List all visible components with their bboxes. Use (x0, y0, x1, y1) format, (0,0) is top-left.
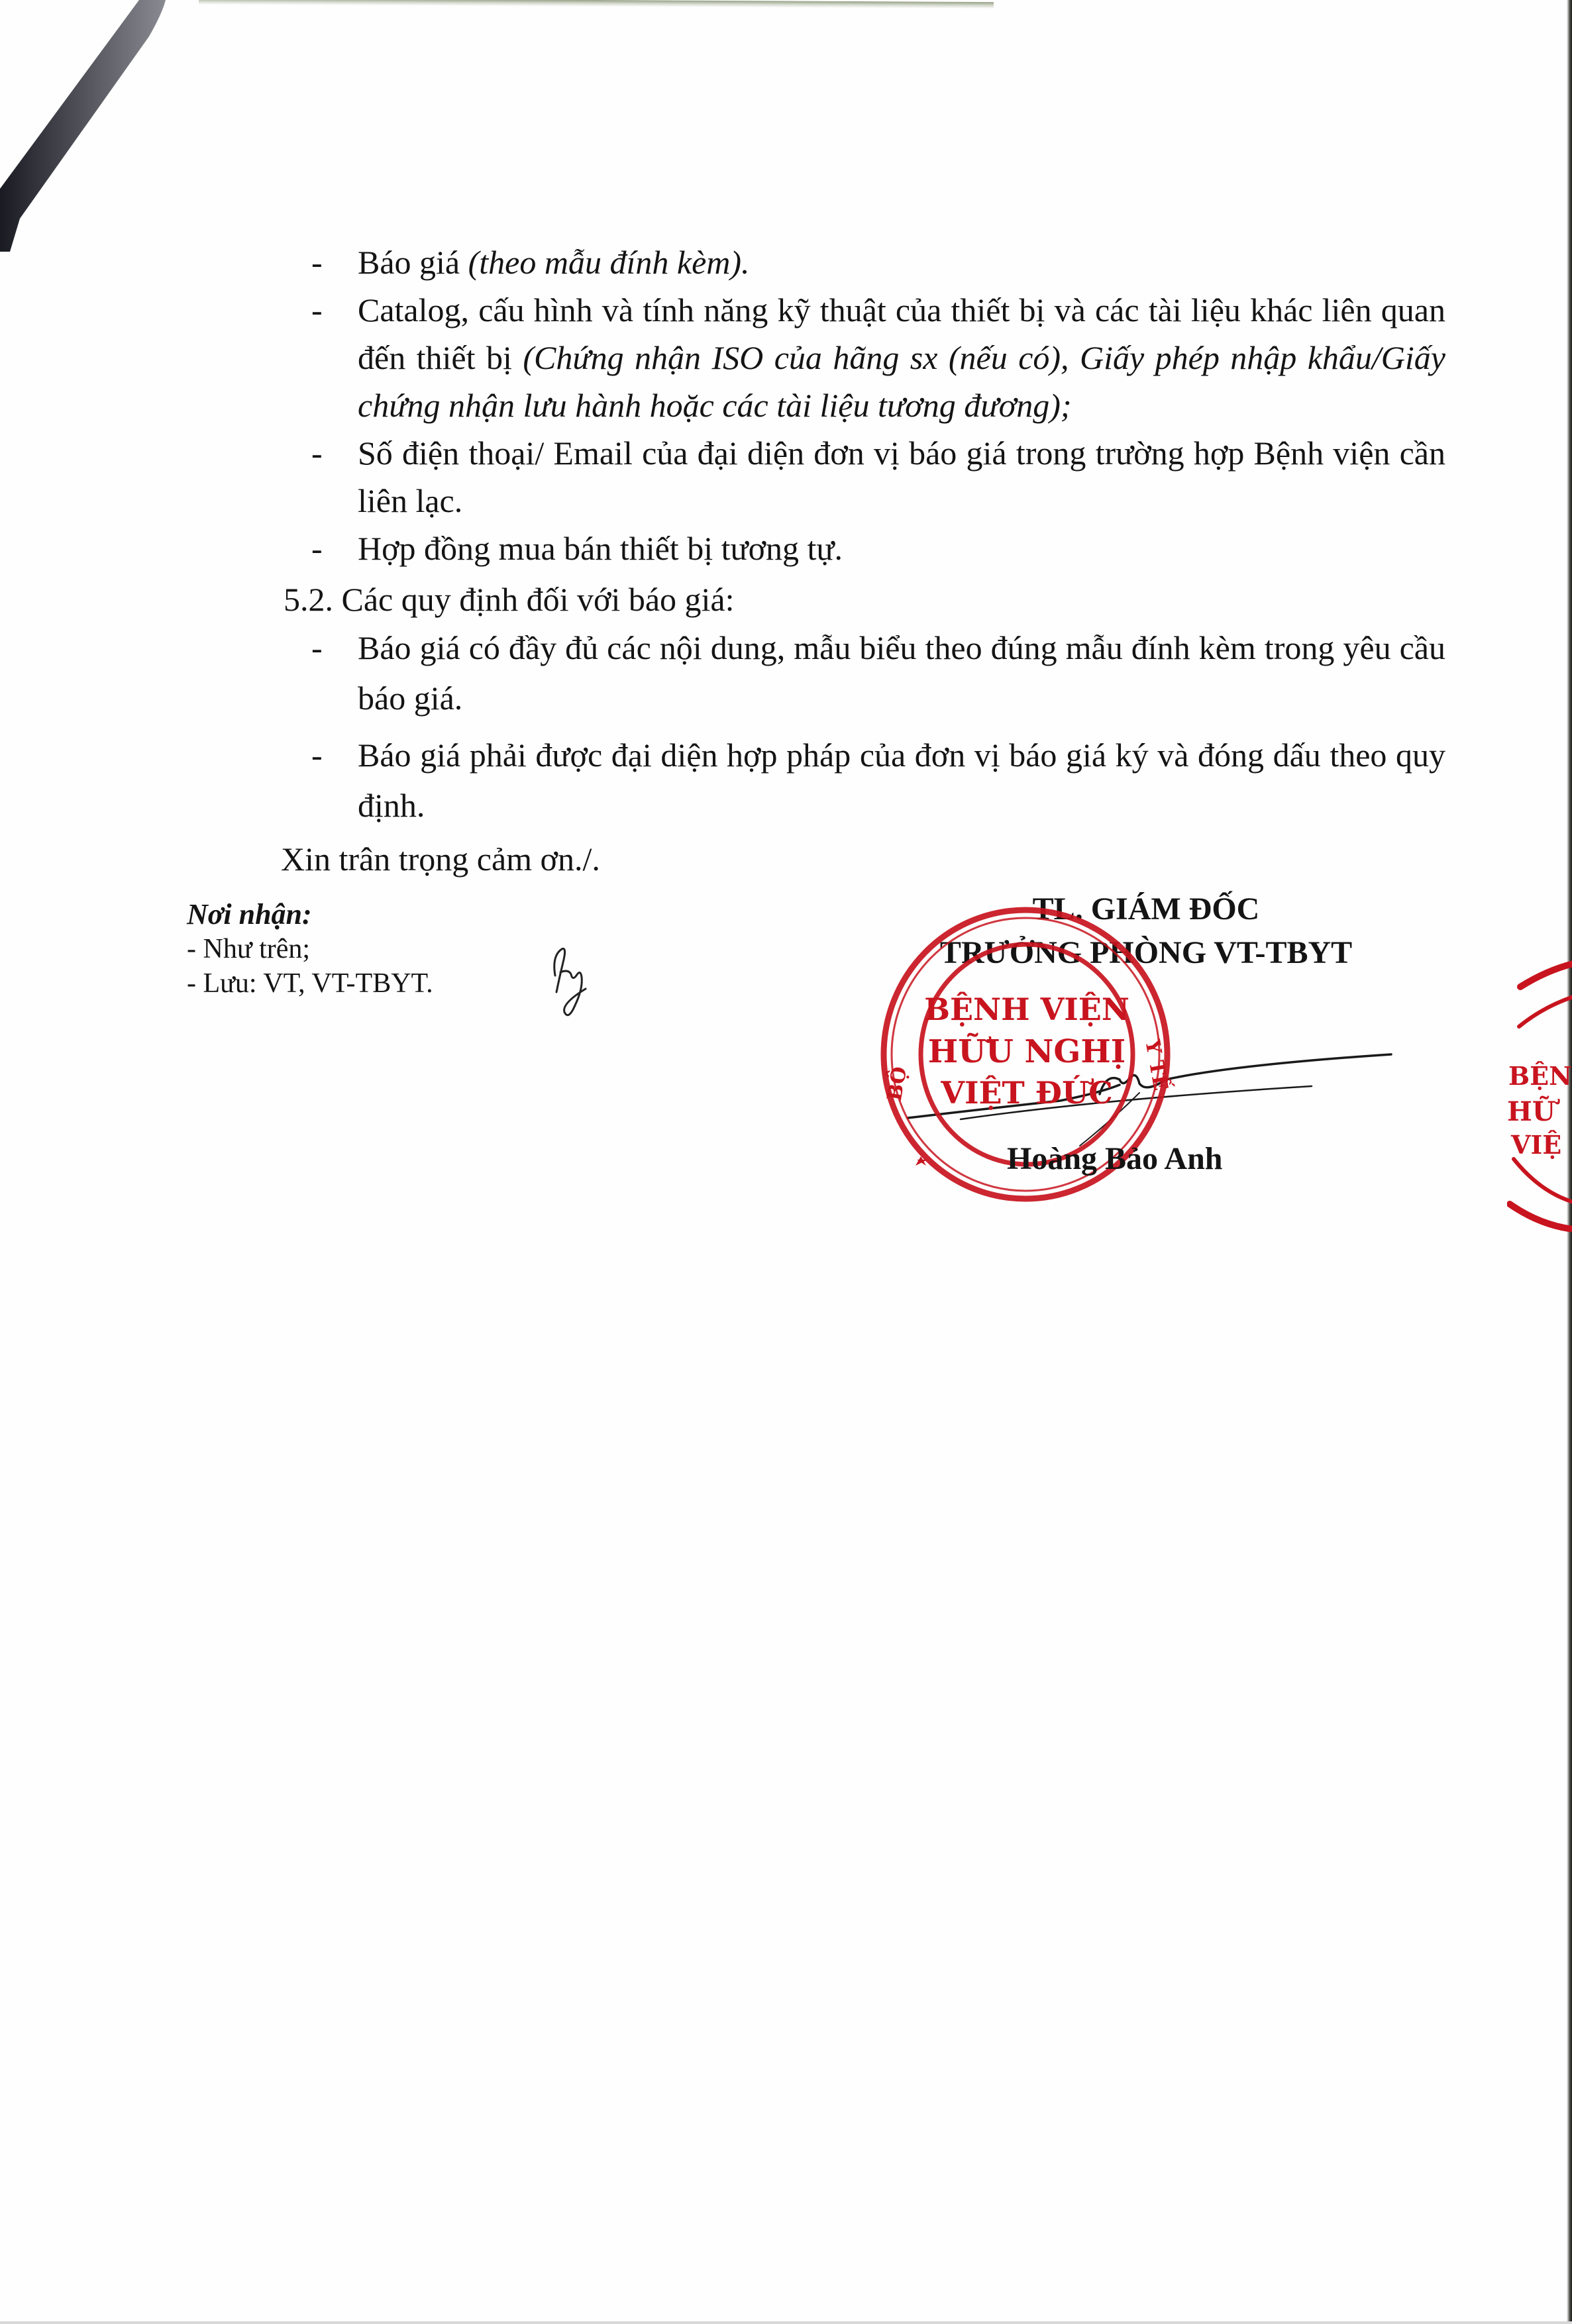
partial-stamp-line-3: VIỆ (1510, 1130, 1561, 1160)
scan-right-edge (1567, 0, 1572, 2324)
list-item-text: Số điện thoại/ Email của đại diện đơn vị… (358, 434, 1445, 519)
stamp-line-3: VIỆT ĐỨC (940, 1074, 1112, 1111)
bullet-dash: - (311, 429, 323, 477)
list-item: - Báo giá phải được đại diện hợp pháp củ… (311, 730, 1445, 831)
list-item: - Báo giá có đầy đủ các nội dung, mẫu bi… (311, 623, 1445, 723)
list-item-italic: (theo mẫu đính kèm). (468, 244, 750, 281)
scan-fold-shadow (0, 0, 397, 252)
recipients-title: Nơi nhận: (187, 897, 433, 932)
handwritten-signature-icon (901, 1046, 1404, 1152)
partial-seal-stamp: BỆN HỮ VIỆ (1507, 940, 1572, 1232)
list-item-text: Báo giá có đầy đủ các nội dung, mẫu biểu… (358, 629, 1445, 717)
signature-title-line1: TL. GIÁM ĐỐC (908, 887, 1385, 931)
list-item: - Catalog, cấu hình và tính năng kỹ thuậ… (311, 286, 1445, 429)
bullet-dash: - (311, 286, 323, 334)
recipient-item: - Như trên; (187, 932, 433, 966)
stamp-arc-left: BỘ (881, 1064, 912, 1102)
signature-block: TL. GIÁM ĐỐC TRƯỞNG PHÒNG VT-TBYT (908, 887, 1385, 975)
stamp-line-2: HỮU NGHỊ (928, 1032, 1126, 1070)
stamp-arc-right: Y TẾ (1140, 1037, 1175, 1093)
required-documents-list: - Báo giá (theo mẫu đính kèm). - Catalog… (311, 238, 1445, 572)
scan-bottom-edge (0, 2321, 1572, 2324)
list-item: - Số điện thoại/ Email của đại diện đơn … (311, 429, 1445, 525)
list-item-text: Báo giá phải được đại diện hợp pháp của … (358, 736, 1445, 824)
signature-title-line2: TRƯỞNG PHÒNG VT-TBYT (908, 931, 1385, 975)
bullet-dash: - (311, 730, 323, 780)
list-item: - Hợp đồng mua bán thiết bị tương tự. (311, 525, 1445, 572)
partial-stamp-line-1: BỆN (1508, 1061, 1572, 1091)
bullet-dash: - (311, 525, 323, 572)
list-item: - Báo giá (theo mẫu đính kèm). (311, 238, 1445, 286)
document-page: - Báo giá (theo mẫu đính kèm). - Catalog… (0, 0, 1572, 2324)
list-item-text: Báo giá (358, 244, 468, 281)
recipient-item: - Lưu: VT, VT-TBYT. (187, 966, 433, 1001)
quotation-rules-list: - Báo giá có đầy đủ các nội dung, mẫu bi… (311, 623, 1445, 837)
initials-signature-icon (549, 942, 588, 1022)
stamp-line-1: BỆNH VIỆN (924, 991, 1129, 1027)
bullet-dash: - (311, 623, 323, 673)
section-heading: 5.2. Các quy định đối với báo giá: (284, 576, 735, 623)
list-item-text: Hợp đồng mua bán thiết bị tương tự. (358, 530, 843, 567)
closing-line: Xin trân trọng cảm ơn./. (281, 836, 600, 882)
signer-name: Hoàng Bảo Anh (1007, 1139, 1222, 1179)
partial-stamp-line-2: HỮ (1507, 1096, 1560, 1127)
bullet-dash: - (311, 238, 323, 286)
recipients-block: Nơi nhận: - Như trên; - Lưu: VT, VT-TBYT… (187, 897, 433, 1001)
